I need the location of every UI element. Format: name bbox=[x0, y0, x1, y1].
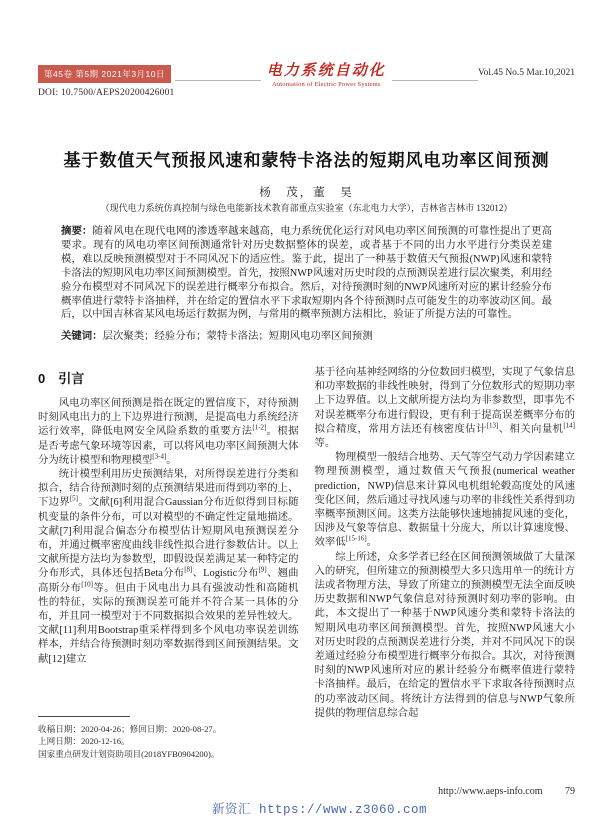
keywords-label: 关键词： bbox=[61, 331, 103, 342]
abstract-label: 摘要： bbox=[61, 226, 92, 237]
body-paragraph: 统计模型利用历史预测结果，对所得误差进行分类和拟合，结合待预测时刻的点预测结果进… bbox=[38, 468, 299, 667]
footnote-block: 收稿日期：2020-04-26；修回日期：2020-08-27。 上网日期：20… bbox=[38, 714, 299, 761]
footnote-received-dates: 收稿日期：2020-04-26；修回日期：2020-08-27。 bbox=[38, 723, 299, 736]
authors: 杨 茂，董 昊 bbox=[0, 184, 613, 200]
body-paragraph: 综上所述，众多学者已经在区间预测领域做了大量深入的研究，但所建立的预测模型大多只… bbox=[315, 551, 576, 721]
abstract-paragraph: 摘要：随着风电在现代电网的渗透率越来越高，电力系统优化运行对风电功率区间预测的可… bbox=[61, 225, 552, 322]
journal-header: 第45卷 第5期 2021年3月10日 DOI: 10.7500/AEPS202… bbox=[38, 64, 575, 98]
volume-info: Vol.45 No.5 Mar.10,2021 bbox=[478, 68, 575, 78]
abstract-block: 摘要：随着风电在现代电网的渗透率越来越高，电力系统优化运行对风电功率区间预测的可… bbox=[61, 225, 552, 344]
section-0-heading: 0 引言 bbox=[38, 368, 299, 387]
journal-name-cn: 电力系统自动化 bbox=[267, 64, 386, 79]
footnote-online-date: 上网日期：2020-12-16。 bbox=[38, 735, 299, 748]
watermark-link[interactable]: 新资汇 https://www.z3060.com bbox=[212, 799, 427, 817]
journal-page: 第45卷 第5期 2021年3月10日 DOI: 10.7500/AEPS202… bbox=[0, 0, 613, 825]
footnote-funding: 国家重点研发计划资助项目(2018YFB0904200)。 bbox=[38, 748, 299, 761]
keywords-line: 关键词：层次聚类；经验分布；蒙特卡洛法；短期风电功率区间预测 bbox=[61, 330, 552, 344]
issue-info-badge: 第45卷 第5期 2021年3月10日 bbox=[38, 65, 171, 83]
journal-name-en: Automation of Electric Power Systems bbox=[267, 81, 386, 88]
abstract-text: 随着风电在现代电网的渗透率越来越高，电力系统优化运行对风电功率区间预测的可靠性提… bbox=[61, 226, 552, 320]
header-divider-left bbox=[175, 80, 261, 81]
body-paragraph: 基于径向基神经网络的分位数回归模型，实现了气象信息和功率数据的非线性映射，得到了… bbox=[315, 366, 576, 451]
body-paragraph: 风电功率区间预测是指在既定的置信度下，对待预测时刻风电出力的上下边界进行预测，是… bbox=[38, 397, 299, 468]
doi-text: DOI: 10.7500/AEPS20200426001 bbox=[38, 88, 175, 98]
paper-title: 基于数值天气预报风速和蒙特卡洛法的短期风电功率区间预测 bbox=[30, 146, 583, 171]
affiliation: （现代电力系统仿真控制与绿色电能新技术教育部重点实验室（东北电力大学），吉林省吉… bbox=[0, 201, 613, 214]
right-column: 基于径向基神经网络的分位数回归模型，实现了气象信息和功率数据的非线性映射，得到了… bbox=[315, 366, 576, 760]
keywords-text: 层次聚类；经验分布；蒙特卡洛法；短期风电功率区间预测 bbox=[103, 331, 373, 342]
page-number: 79 bbox=[565, 786, 575, 797]
header-left-block: 第45卷 第5期 2021年3月10日 DOI: 10.7500/AEPS202… bbox=[38, 64, 175, 98]
header-divider-right bbox=[392, 80, 478, 81]
body-columns: 0 引言 风电功率区间预测是指在既定的置信度下，对待预测时刻风电出力的上下边界进… bbox=[38, 366, 575, 760]
journal-logo: 电力系统自动化 Automation of Electric Power Sys… bbox=[261, 64, 392, 88]
left-column: 0 引言 风电功率区间预测是指在既定的置信度下，对待预测时刻风电出力的上下边界进… bbox=[38, 366, 299, 760]
journal-url-link[interactable]: http://www.aeps-info.com bbox=[438, 786, 542, 797]
page-footer: http://www.aeps-info.com 79 bbox=[438, 786, 575, 797]
footnote-divider bbox=[38, 716, 130, 717]
body-paragraph: 物理模型一般结合地势、天气等空气动力学因素建立物理预测模型，通过数值天气预报(n… bbox=[315, 451, 576, 550]
